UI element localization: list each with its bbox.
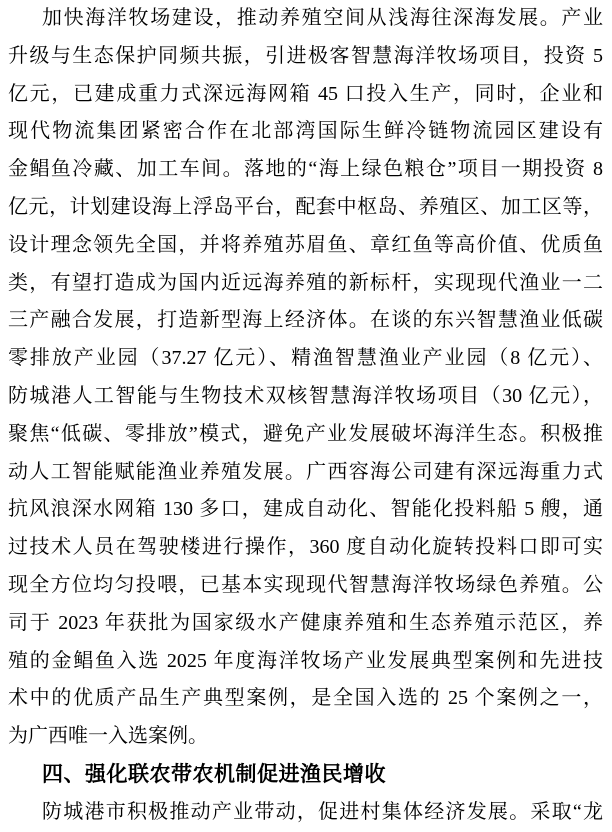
- body-line: 升级与生态保护同频共振，引进极客智慧海洋牧场项目，投资 5: [8, 38, 603, 76]
- body-line: 动人工智能赋能渔业养殖发展。广西容海公司建有深远海重力式: [8, 454, 603, 492]
- body-line: 设计理念领先全国，并将养殖苏眉鱼、章红鱼等高价值、优质鱼: [8, 227, 603, 265]
- body-line: 术中的优质产品生产典型案例，是全国入选的 25 个案例之一，: [8, 680, 603, 718]
- body-line: 抗风浪深水网箱 130 多口，建成自动化、智能化投料船 5 艘，通: [8, 491, 603, 529]
- body-line: 三产融合发展，打造新型海上经济体。在谈的东兴智慧渔业低碳: [8, 302, 603, 340]
- body-line: 亿元，已建成重力式深远海网箱 45 口投入生产，同时，企业和: [8, 76, 603, 114]
- body-line: 防城港人工智能与生物技术双核智慧海洋牧场项目（30 亿元），: [8, 378, 603, 416]
- body-line: 现代物流集团紧密合作在北部湾国际生鲜冷链物流园区建设有: [8, 113, 603, 151]
- body-line: 过技术人员在驾驶楼进行操作，360 度自动化旋转投料口即可实: [8, 529, 603, 567]
- document-page: 加快海洋牧场建设，推动养殖空间从浅海往深海发展。产业 升级与生态保护同频共振，引…: [0, 0, 612, 832]
- body-line: 聚焦“低碳、零排放”模式，避免产业发展破坏海洋生态。积极推: [8, 416, 603, 454]
- body-line: 类，有望打造成为国内近远海养殖的新标杆，实现现代渔业一二: [8, 265, 603, 303]
- body-line: 现全方位均匀投喂，已基本实现现代智慧海洋牧场绿色养殖。公: [8, 567, 603, 605]
- body-line: 殖的金鲳鱼入选 2025 年度海洋牧场产业发展典型案例和先进技: [8, 643, 603, 681]
- body-line: 为广西唯一入选案例。: [8, 718, 603, 756]
- body-line: 加快海洋牧场建设，推动养殖空间从浅海往深海发展。产业: [8, 0, 603, 38]
- body-line: 亿元，计划建设海上浮岛平台，配套中枢岛、养殖区、加工区等，: [8, 189, 603, 227]
- body-line: 司于 2023 年获批为国家级水产健康养殖和生态养殖示范区，养: [8, 605, 603, 643]
- section-heading: 四、强化联农带农机制促进渔民增收: [8, 756, 603, 794]
- body-line: 零排放产业园（37.27 亿元）、精渔智慧渔业产业园（8 亿元）、: [8, 340, 603, 378]
- body-line: 防城港市积极推动产业带动，促进村集体经济发展。采取“龙: [8, 794, 603, 832]
- body-line: 金鲳鱼冷藏、加工车间。落地的“海上绿色粮仓”项目一期投资 8: [8, 151, 603, 189]
